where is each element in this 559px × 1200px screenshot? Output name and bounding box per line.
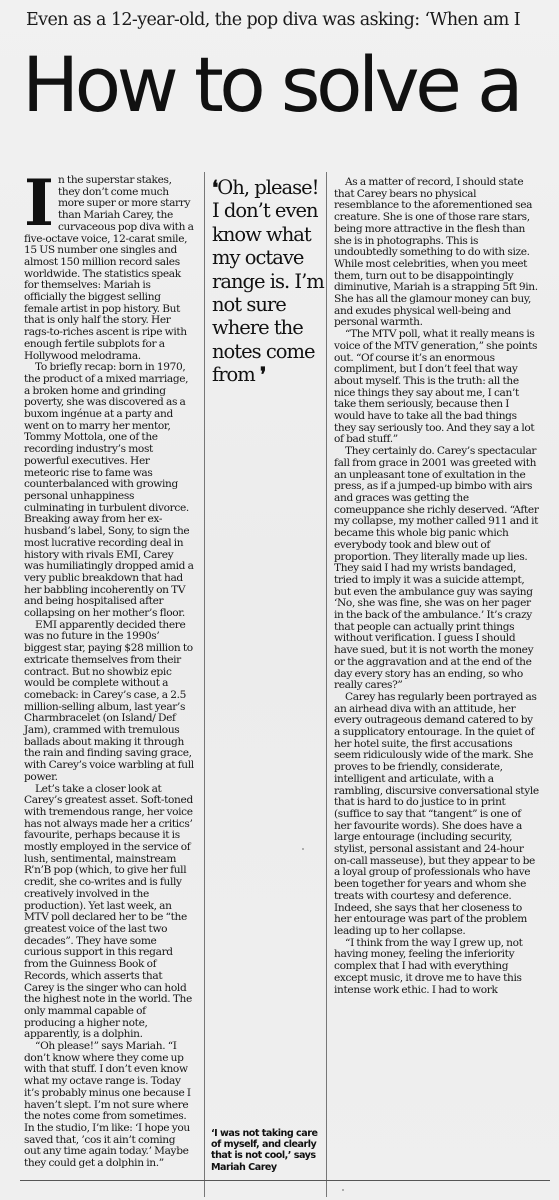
pull-quote: ❛Oh, please! I don’t even know what my o… [212,176,324,387]
column-divider-left [204,172,205,1197]
article-paragraph: Let’s take a closer look at Carey’s grea… [24,784,194,1041]
drop-cap: I [24,177,54,231]
article-paragraph: To briefly recap: born in 1970, the prod… [24,362,194,619]
article-paragraph: EMI apparently decided there was no futu… [24,620,194,784]
article-paragraph: They certainly do. Carey’s spectacular f… [334,446,540,692]
bottom-rule [20,1180,550,1181]
newspaper-page: Even as a 12-year-old, the pop diva was … [0,0,559,1200]
article-kicker: Even as a 12-year-old, the pop diva was … [26,10,559,30]
article-paragraph: “Oh please!” says Mariah. “I don’t know … [24,1041,194,1170]
article-paragraph: As a matter of record, I should state th… [334,177,540,329]
photo-caption: ‘I was not taking care of myself, and cl… [211,1128,323,1173]
article-paragraph: Carey has regularly been portrayed as an… [334,692,540,938]
pull-quote-text: Oh, please! I don’t even know what my oc… [212,176,324,386]
close-quote-icon: ❜ [260,363,265,386]
column-divider-right [326,172,327,1197]
article-paragraph: “I think from the way I grew up, not hav… [334,938,540,997]
print-speck [302,848,304,850]
article-column-right: As a matter of record, I should state th… [334,177,540,996]
article-paragraph: In the superstar stakes, they don’t come… [24,175,194,362]
article-paragraph: “The MTV poll, what it really means is v… [334,329,540,446]
article-column-left: In the superstar stakes, they don’t come… [24,175,194,1170]
article-headline: How to solve a [22,40,519,130]
print-speck [342,1189,344,1191]
